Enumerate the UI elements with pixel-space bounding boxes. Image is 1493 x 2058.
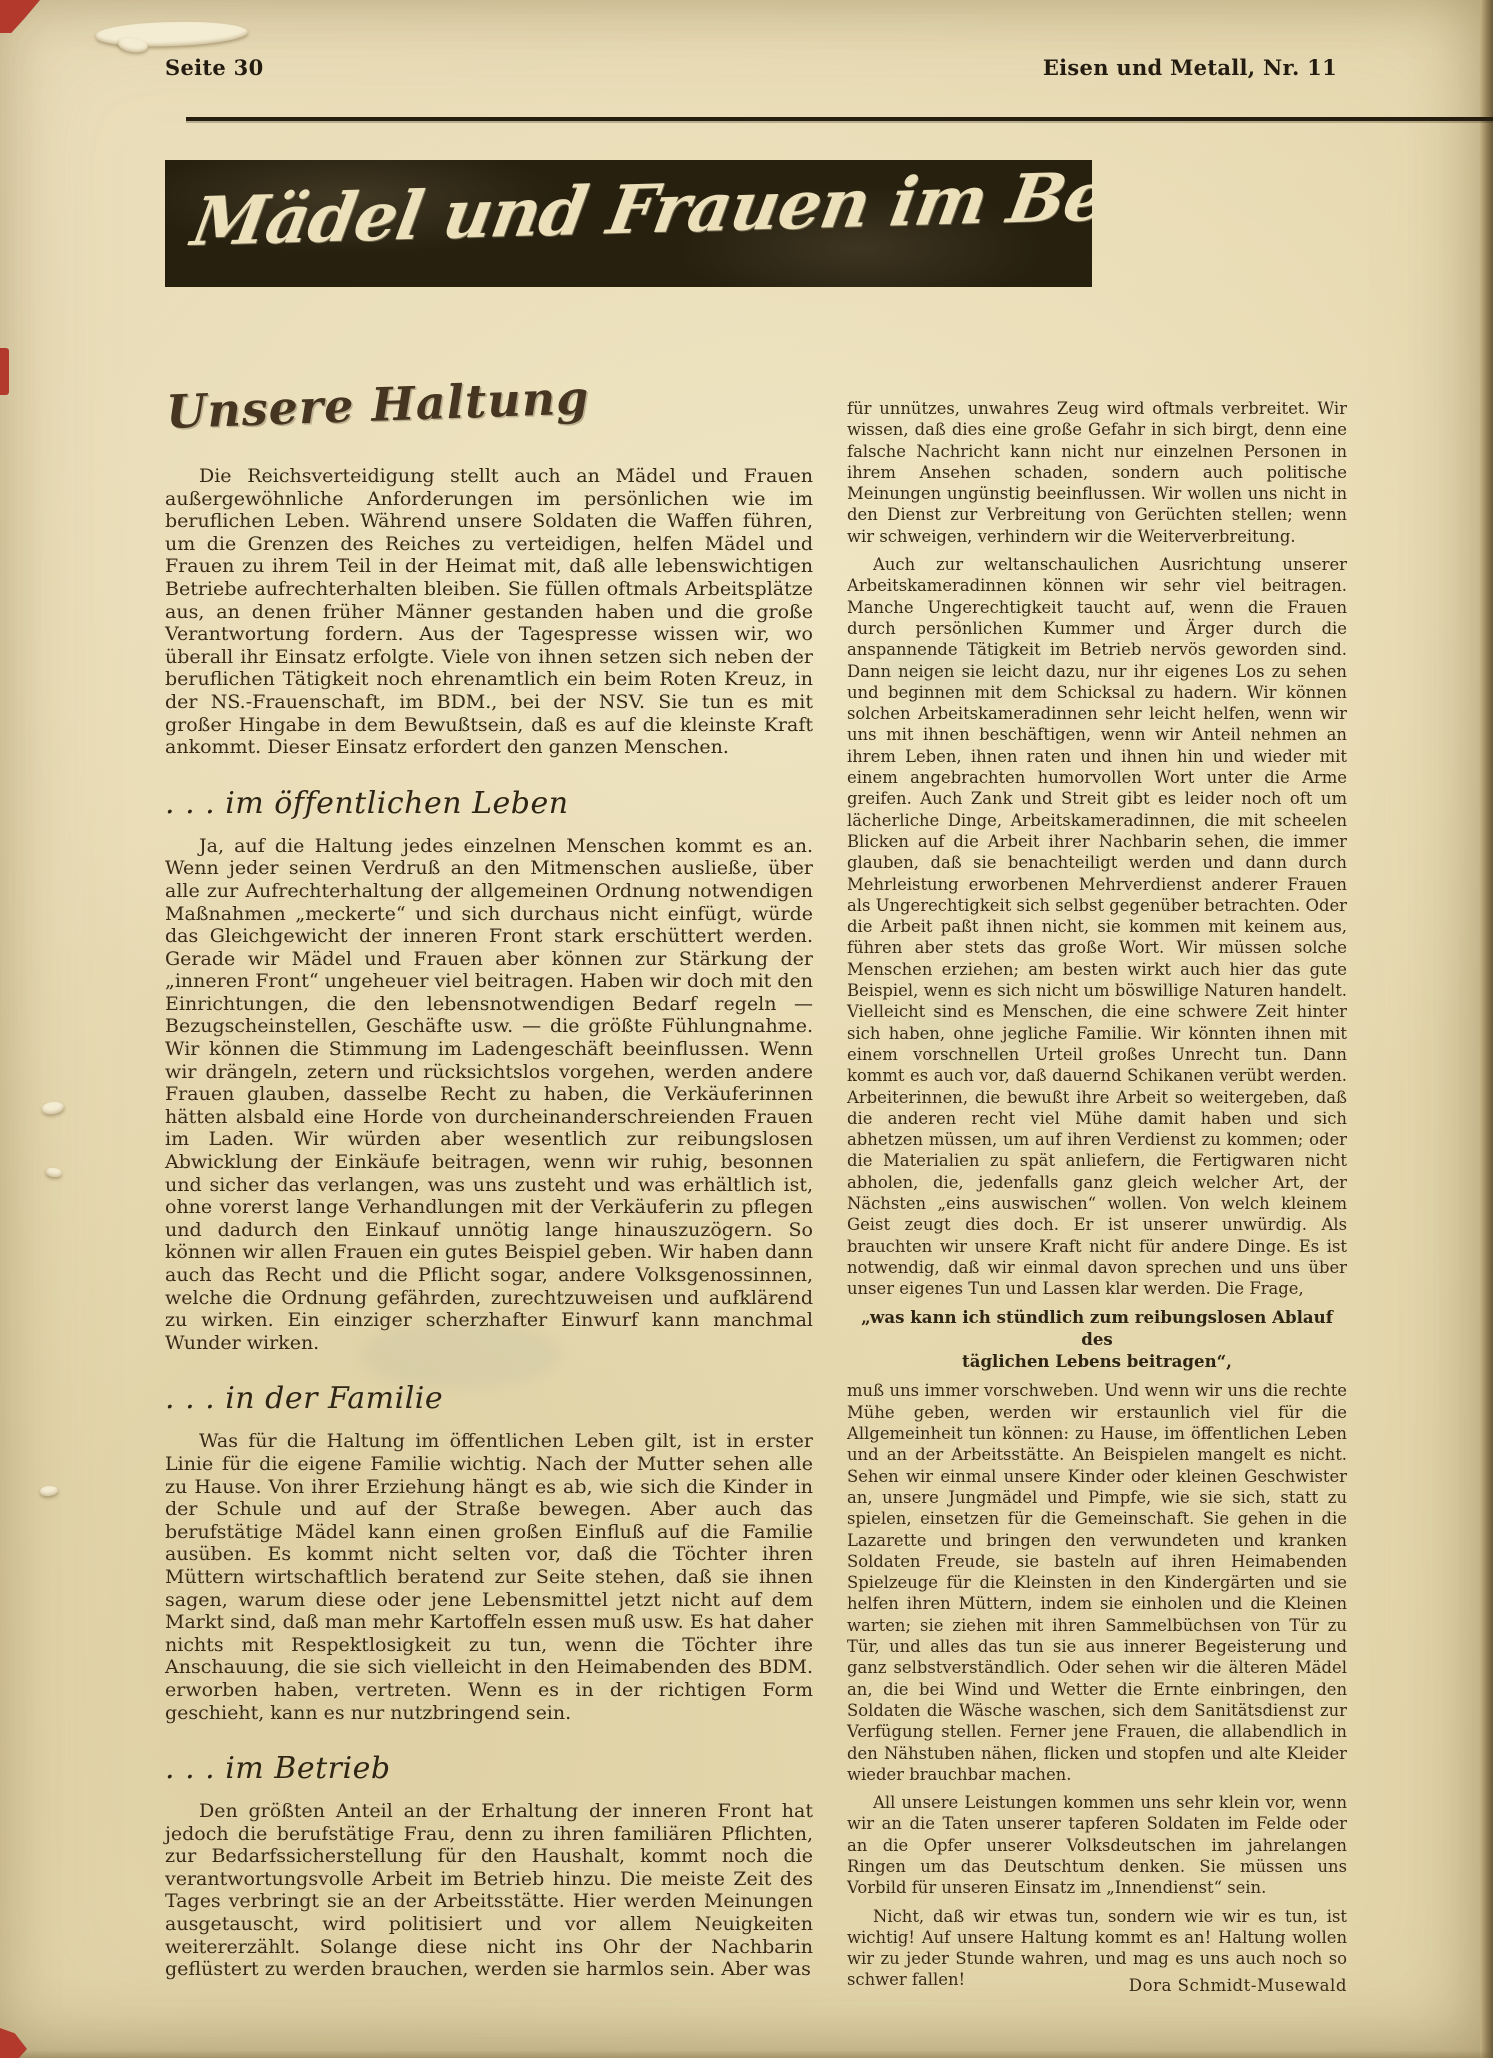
article-body: Unsere Haltung Die Reichsverteidigung st…: [165, 383, 1347, 1995]
publication-title: Eisen und Metall, Nr. 11: [1043, 55, 1337, 80]
paragraph-rumors: für unnützes, unwahres Zeug wird oftmals…: [847, 398, 1347, 547]
header-rule: [186, 117, 1493, 121]
headline-script-title: Mädel und Frauen im Betrieb: [183, 160, 1087, 282]
magazine-page: { "page": { "header": { "page_number": "…: [0, 0, 1493, 2058]
paragraph-comradeship: Auch zur weltanschaulichen Ausrichtung u…: [847, 554, 1347, 1299]
headline-banner: Mädel und Frauen im Betrieb: [165, 160, 1092, 287]
paragraph-factory: Den größten Anteil an der Erhaltung der …: [165, 1800, 813, 1981]
paragraph-family: Was für die Haltung im öffentlichen Lebe…: [165, 1430, 813, 1724]
running-header: Seite 30 Eisen und Metall, Nr. 11: [165, 55, 1337, 80]
section-heading-family: . . . in der Familie: [165, 1381, 813, 1416]
paragraph-examples: muß uns immer vorschweben. Und wenn wir …: [847, 1380, 1347, 1785]
paragraph-intro: Die Reichsverteidigung stellt auch an Mä…: [165, 465, 813, 759]
pull-quote-line-2: täglichen Lebens beitragen“,: [847, 1350, 1347, 1372]
paragraph-public-life: Ja, auf die Haltung jedes einzelnen Mens…: [165, 835, 813, 1355]
page-right-edge: [1480, 0, 1493, 2058]
page-number: Seite 30: [165, 55, 264, 80]
paragraph-soldiers: All unsere Leistungen kommen uns sehr kl…: [847, 1792, 1347, 1898]
left-column: Unsere Haltung Die Reichsverteidigung st…: [165, 383, 813, 1995]
red-archive-mark-left: [0, 348, 9, 395]
section-heading-factory: . . . im Betrieb: [165, 1751, 813, 1786]
page-bottom-edge: [0, 2050, 1493, 2058]
right-column: für unnützes, unwahres Zeug wird oftmals…: [847, 398, 1347, 1995]
pull-quote-line-1: „was kann ich stündlich zum reibungslose…: [847, 1306, 1347, 1350]
section-heading-public-life: . . . im öffentlichen Leben: [165, 786, 813, 821]
